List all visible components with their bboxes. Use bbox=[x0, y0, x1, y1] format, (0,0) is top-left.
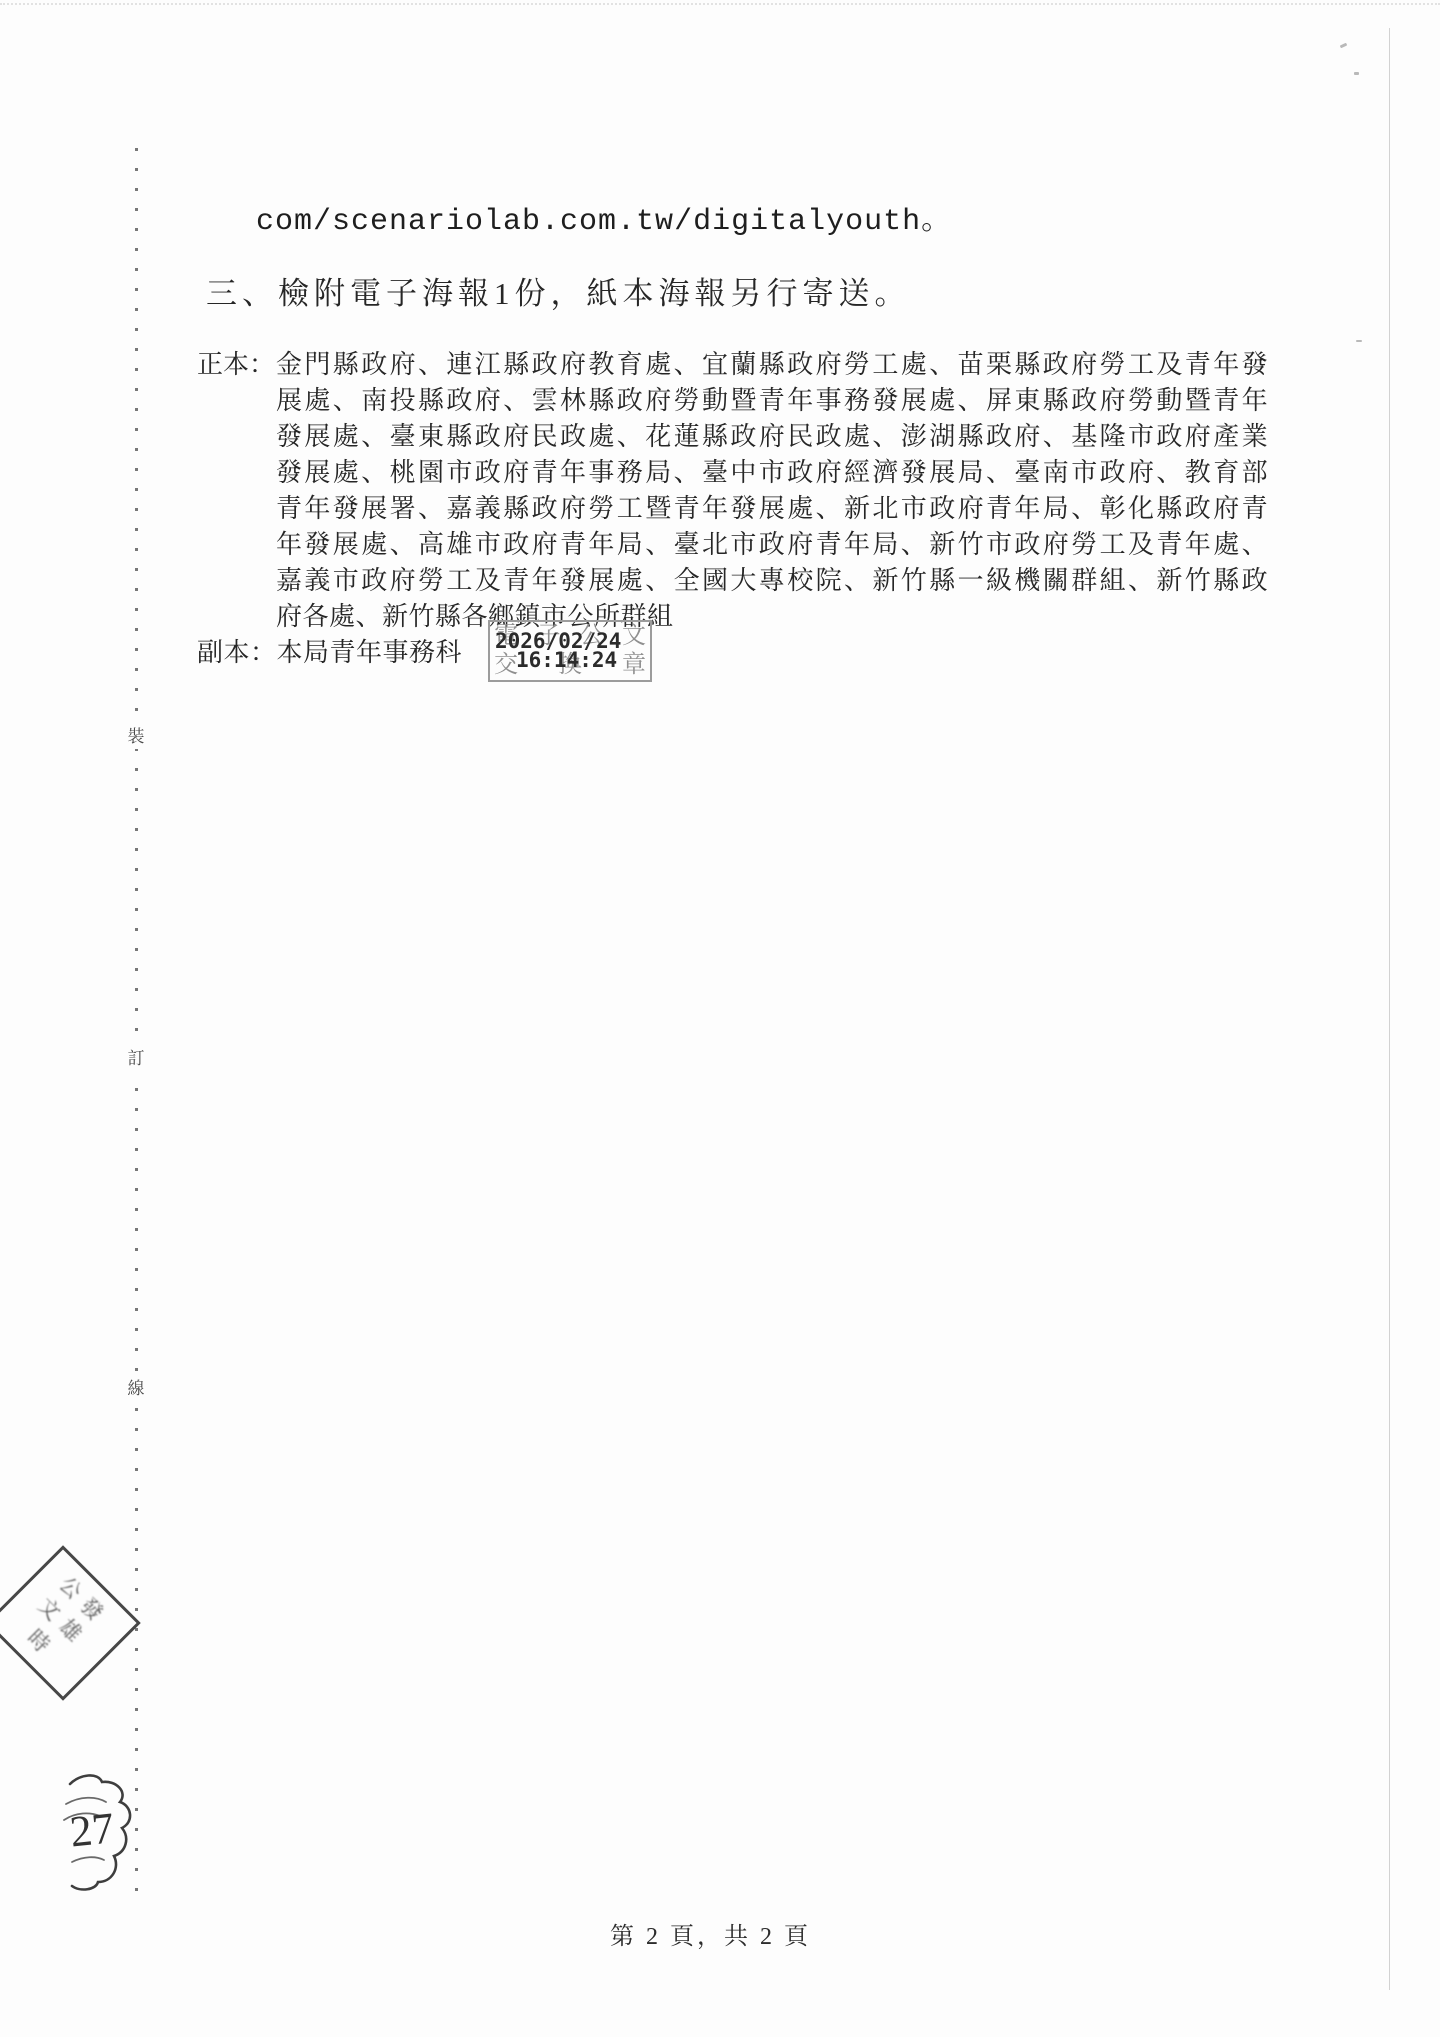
recipients-label: 正本： bbox=[197, 344, 275, 381]
recipients-line: 展處、南投縣政府、雲林縣政府勞動暨青年事務發展處、屏東縣政府勞動暨青年 bbox=[276, 380, 1270, 417]
recipients-line: 嘉義市政府勞工及青年發展處、全國大專校院、新竹縣一級機關群組、新竹縣政 bbox=[276, 560, 1270, 597]
recipients-line: 金門縣政府、連江縣政府教育處、宜蘭縣政府勞工處、苗栗縣政府勞工及青年發 bbox=[276, 344, 1270, 381]
binding-mark-xian: 線 bbox=[126, 1372, 146, 1401]
receipt-stamp-blob: 27 bbox=[56, 1770, 136, 1895]
binding-mark-zhuang: 裝 bbox=[126, 720, 146, 749]
binding-mark-ding: 訂 bbox=[126, 1042, 146, 1071]
recipients-line: 青年發展署、嘉義縣政府勞工暨青年發展處、新北市政府青年局、彰化縣政府青 bbox=[276, 488, 1270, 525]
scanned-official-letter-page: com/scenariolab.com.tw/digitalyouth。 三、檢… bbox=[0, 0, 1440, 2037]
cc-line: 副本：本局青年事務科 bbox=[197, 632, 462, 669]
rotated-corner-seal: 公發 文雄 時 bbox=[0, 1545, 141, 1701]
scan-speck bbox=[1340, 43, 1348, 49]
scan-speck bbox=[1356, 340, 1362, 342]
corner-seal-text: 公發 文雄 時 bbox=[0, 1549, 137, 1696]
page-number-footer: 第 2 頁，共 2 頁 bbox=[610, 1916, 811, 1951]
recipients-line: 發展處、桃園市政府青年事務局、臺中市政府經濟發展局、臺南市政府、教育部 bbox=[276, 452, 1270, 489]
exchange-stamp-time: 16:14:24 bbox=[516, 648, 617, 672]
scan-artifact-top-dotted-line bbox=[0, 3, 1440, 5]
scan-speck bbox=[1354, 72, 1359, 75]
recipients-line: 發展處、臺東縣政府民政處、花蓮縣政府民政處、澎湖縣政府、基隆市政府產業 bbox=[276, 416, 1270, 453]
receipt-stamp-number: 27 bbox=[68, 1803, 117, 1856]
electronic-exchange-stamp: 電子公文 交換章 2026/02/24 16:14:24 bbox=[488, 620, 652, 682]
binding-dotted-line bbox=[135, 148, 138, 1908]
recipients-line: 年發展處、高雄市政府青年局、臺北市政府青年局、新竹市政府勞工及青年處、 bbox=[276, 524, 1270, 561]
item-three-text: 三、檢附電子海報1份，紙本海報另行寄送。 bbox=[206, 268, 911, 313]
scan-artifact-right-edge-line bbox=[1389, 28, 1390, 1990]
url-continuation-text: com/scenariolab.com.tw/digitalyouth。 bbox=[256, 194, 952, 239]
